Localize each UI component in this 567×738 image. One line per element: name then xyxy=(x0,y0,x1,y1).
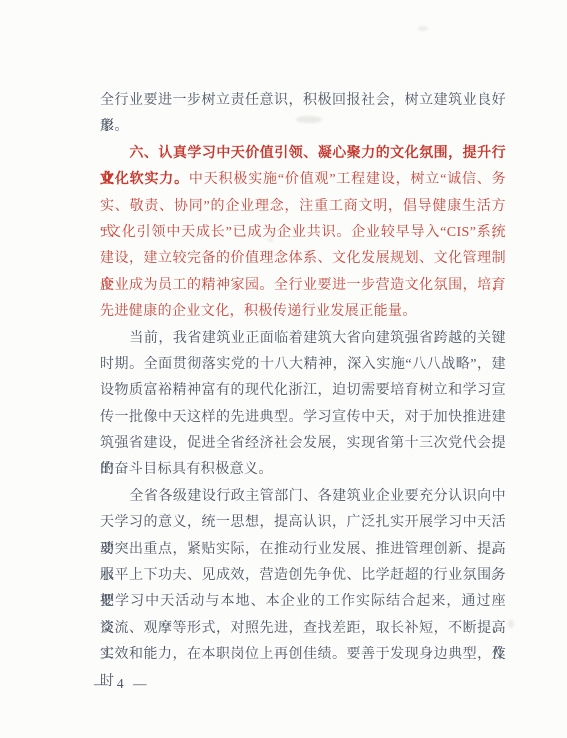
doc-line: 实效和能力，在本职岗位上再创佳绩。要善于发现身边典型，及时 xyxy=(100,642,506,668)
doc-line-text: 中天积极实施“价值观”工程建设，树立“诚信、务 xyxy=(189,172,506,187)
document-text-block: 全行业要进一步树立责任意识，积极回报社会，树立建筑业良好形 象。 六、认真学习中… xyxy=(100,88,506,669)
doc-line-lead: 文化软实力。 xyxy=(100,172,189,187)
doc-line-text: 实效和能力，在本职岗位上再创佳绩。要善于发现身边典型，及时 xyxy=(100,647,506,688)
doc-line: 企业成为员工的精神家园。全行业要进一步营造文化氛围，培育 xyxy=(100,273,506,299)
doc-line-text: 当前，我省建筑业正面临着建筑大省向建筑强省跨越的关键 xyxy=(129,331,506,346)
doc-line: 天学习的意义，统一思想，提高认识，广泛扎实开展学习中天活动。 xyxy=(100,510,506,536)
doc-line: 要突出重点，紧贴实际，在推动行业发展、推进管理创新、提高服务 xyxy=(100,537,506,563)
scan-artifact xyxy=(418,26,428,31)
doc-line-text: 设物质富裕精神富有的现代化浙江，迫切需要培育树立和学习宣 xyxy=(100,383,506,398)
doc-heading-line: 文化软实力。中天积极实施“价值观”工程建设，树立“诚信、务 xyxy=(100,167,506,193)
doc-line-text: 象。 xyxy=(100,119,129,134)
doc-line: 设物质富裕精神富有的现代化浙江，迫切需要培育树立和学习宣 xyxy=(100,378,506,404)
doc-line: 传一批像中天这样的先进典型。学习宣传中天，对于加快推进建 xyxy=(100,405,506,431)
doc-line: 象。 xyxy=(100,114,506,140)
doc-line: 交流、观摩等形式，对照先进，查找差距，取长补短，不断提高工作 xyxy=(100,616,506,642)
doc-line-text: 传一批像中天这样的先进典型。学习宣传中天，对于加快推进建 xyxy=(100,410,506,425)
doc-line: 把学习中天活动与本地、本企业的工作实际结合起来，通过座谈、 xyxy=(100,589,506,615)
scanned-document-page: 全行业要进一步树立责任意识，积极回报社会，树立建筑业良好形 象。 六、认真学习中… xyxy=(0,0,567,738)
page-number: — 4 — xyxy=(94,676,150,692)
doc-line-text: 全省各级建设行政主管部门、各建筑业企业要充分认识向中 xyxy=(129,489,506,504)
doc-line: 全行业要进一步树立责任意识，积极回报社会，树立建筑业良好形 xyxy=(100,88,506,114)
doc-line: 先进健康的企业文化，积极传递行业发展正能量。 xyxy=(100,299,506,325)
doc-line-text: 企业成为员工的精神家园。全行业要进一步营造文化氛围，培育 xyxy=(100,278,506,293)
doc-line: 的奋斗目标具有积极意义。 xyxy=(100,457,506,483)
doc-line-text: 先进健康的企业文化，积极传递行业发展正能量。 xyxy=(100,304,417,319)
doc-line-text: 的奋斗目标具有积极意义。 xyxy=(100,462,273,477)
doc-line-text: “文化引领中天成长”已成为企业共识。企业较早导入“CIS”系统 xyxy=(100,225,506,240)
scan-artifact xyxy=(508,620,514,628)
doc-line-text: 时期。全面贯彻落实党的十八大精神，深入实施“八八战略”，建 xyxy=(100,357,506,372)
doc-line: “文化引领中天成长”已成为企业共识。企业较早导入“CIS”系统 xyxy=(100,220,506,246)
doc-line: 水平上下功夫、见成效，营造创先争优、比学赶超的行业氛围。要 xyxy=(100,563,506,589)
doc-line: 建设，建立较完备的价值理念体系、文化发展规划、文化管理制度， xyxy=(100,246,506,272)
doc-line: 当前，我省建筑业正面临着建筑大省向建筑强省跨越的关键 xyxy=(100,326,506,352)
doc-line: 实、敬责、协同”的企业理念，注重工商文明，倡导健康生活方式， xyxy=(100,194,506,220)
doc-line: 时期。全面贯彻落实党的十八大精神，深入实施“八八战略”，建 xyxy=(100,352,506,378)
doc-heading-line: 六、认真学习中天价值引领、凝心聚力的文化氛围，提升行业 xyxy=(100,141,506,167)
doc-line: 筑强省建设，促进全省经济社会发展，实现省第十三次党代会提出 xyxy=(100,431,506,457)
doc-line: 全省各级建设行政主管部门、各建筑业企业要充分认识向中 xyxy=(100,484,506,510)
